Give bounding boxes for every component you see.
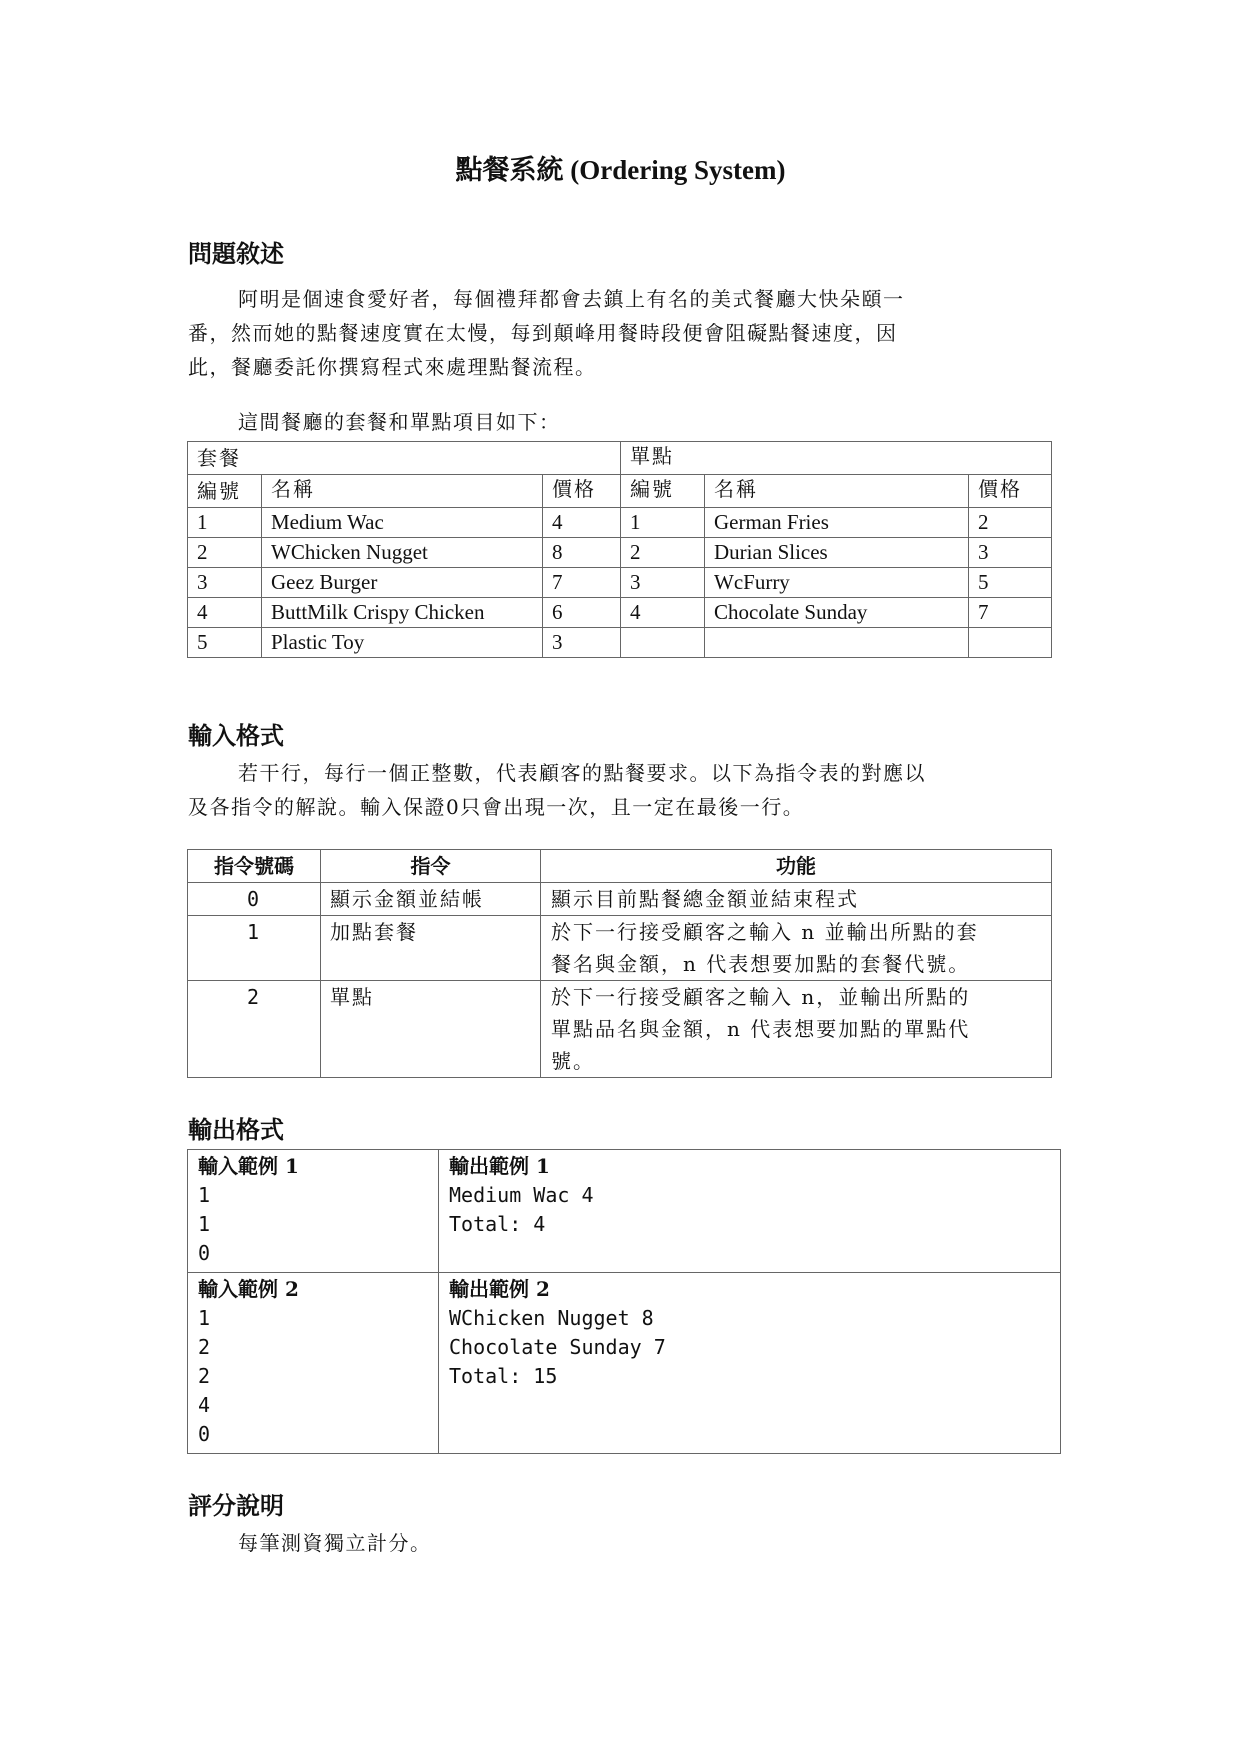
- sample-row: 輸入範例 1 1 1 0 輸出範例 1 Medium Wac 4 Total: …: [188, 1150, 1061, 1273]
- paragraph-line: 若干行，每行一個正整數，代表顧客的點餐要求。以下為指令表的對應以: [188, 756, 1048, 790]
- table-row: 1 加點套餐 於下一行接受顧客之輸入 n 並輸出所點的套 餐名與金額，n 代表想…: [188, 916, 1052, 981]
- column-header: 編號: [621, 475, 705, 508]
- table-row: 1 Medium Wac 4 1 German Fries 2: [188, 508, 1052, 538]
- command-name: 單點: [321, 981, 541, 1078]
- menu-intro: 這間餐廳的套餐和單點項目如下：: [188, 405, 1048, 439]
- section-heading-input: 輸入格式: [188, 720, 284, 752]
- combo-id: 1: [188, 508, 262, 538]
- paragraph-line: 及各指令的解說。輸入保證0只會出現一次，且一定在最後一行。: [188, 790, 1048, 824]
- single-id: 2: [621, 538, 705, 568]
- input-paragraph: 若干行，每行一個正整數，代表顧客的點餐要求。以下為指令表的對應以 及各指令的解說…: [188, 756, 1048, 824]
- table-row: 2 單點 於下一行接受顧客之輸入 n，並輸出所點的 單點品名與金額，n 代表想要…: [188, 981, 1052, 1078]
- menu-table: 套餐 單點 編號 名稱 價格 編號 名稱 價格 1 Medium Wac 4 1…: [187, 441, 1052, 658]
- command-header-row: 指令號碼 指令 功能: [188, 850, 1052, 883]
- sample-input: 輸入範例 2 1 2 2 4 0: [188, 1273, 439, 1454]
- section-heading-scoring: 評分說明: [188, 1490, 284, 1522]
- command-function: 顯示目前點餐總金額並結束程式: [541, 883, 1052, 916]
- sample-row: 輸入範例 2 1 2 2 4 0 輸出範例 2 WChicken Nugget …: [188, 1273, 1061, 1454]
- table-row: 2 WChicken Nugget 8 2 Durian Slices 3: [188, 538, 1052, 568]
- paragraph-line: 阿明是個速食愛好者，每個禮拜都會去鎮上有名的美式餐廳大快朵頤一: [188, 282, 1048, 316]
- column-header: 指令: [321, 850, 541, 883]
- combo-name: Plastic Toy: [262, 628, 543, 658]
- column-header: 指令號碼: [188, 850, 321, 883]
- section-heading-description: 問題敘述: [188, 238, 284, 270]
- single-price: 3: [969, 538, 1052, 568]
- single-name: [705, 628, 969, 658]
- single-price: 5: [969, 568, 1052, 598]
- combo-id: 2: [188, 538, 262, 568]
- single-id: [621, 628, 705, 658]
- paragraph-line: 番，然而她的點餐速度實在太慢，每到顛峰用餐時段便會阻礙點餐速度，因: [188, 316, 1048, 350]
- column-header: 價格: [969, 475, 1052, 508]
- single-price: 7: [969, 598, 1052, 628]
- single-id: 3: [621, 568, 705, 598]
- scoring-text: 每筆測資獨立計分。: [188, 1526, 1048, 1560]
- sample-output: 輸出範例 2 WChicken Nugget 8 Chocolate Sunda…: [439, 1273, 1061, 1454]
- single-price: [969, 628, 1052, 658]
- single-name: German Fries: [705, 508, 969, 538]
- column-header: 編號: [188, 475, 262, 508]
- combo-name: Geez Burger: [262, 568, 543, 598]
- menu-group-header-row: 套餐 單點: [188, 442, 1052, 475]
- command-code: 1: [188, 916, 321, 981]
- table-row: 3 Geez Burger 7 3 WcFurry 5: [188, 568, 1052, 598]
- combo-price: 8: [543, 538, 621, 568]
- single-id: 1: [621, 508, 705, 538]
- combo-id: 4: [188, 598, 262, 628]
- column-header: 價格: [543, 475, 621, 508]
- combo-price: 6: [543, 598, 621, 628]
- combo-name: Medium Wac: [262, 508, 543, 538]
- command-name: 加點套餐: [321, 916, 541, 981]
- command-name: 顯示金額並結帳: [321, 883, 541, 916]
- combo-id: 3: [188, 568, 262, 598]
- single-name: WcFurry: [705, 568, 969, 598]
- column-header: 名稱: [705, 475, 969, 508]
- table-row: 5 Plastic Toy 3: [188, 628, 1052, 658]
- menu-column-header-row: 編號 名稱 價格 編號 名稱 價格: [188, 475, 1052, 508]
- sample-output: 輸出範例 1 Medium Wac 4 Total: 4: [439, 1150, 1061, 1273]
- group-header-singles: 單點: [621, 442, 1052, 475]
- single-name: Chocolate Sunday: [705, 598, 969, 628]
- description-paragraph: 阿明是個速食愛好者，每個禮拜都會去鎮上有名的美式餐廳大快朵頤一 番，然而她的點餐…: [188, 282, 1048, 384]
- command-code: 0: [188, 883, 321, 916]
- combo-price: 4: [543, 508, 621, 538]
- combo-name: WChicken Nugget: [262, 538, 543, 568]
- combo-id: 5: [188, 628, 262, 658]
- sample-input: 輸入範例 1 1 1 0: [188, 1150, 439, 1273]
- sample-table: 輸入範例 1 1 1 0 輸出範例 1 Medium Wac 4 Total: …: [187, 1149, 1061, 1454]
- section-heading-output: 輸出格式: [188, 1114, 284, 1146]
- single-price: 2: [969, 508, 1052, 538]
- combo-name: ButtMilk Crispy Chicken: [262, 598, 543, 628]
- group-header-combos: 套餐: [188, 442, 621, 475]
- command-function: 於下一行接受顧客之輸入 n，並輸出所點的 單點品名與金額，n 代表想要加點的單點…: [541, 981, 1052, 1078]
- command-code: 2: [188, 981, 321, 1078]
- page-title: 點餐系統 (Ordering System): [0, 152, 1241, 188]
- command-function: 於下一行接受顧客之輸入 n 並輸出所點的套 餐名與金額，n 代表想要加點的套餐代…: [541, 916, 1052, 981]
- column-header: 功能: [541, 850, 1052, 883]
- table-row: 0 顯示金額並結帳 顯示目前點餐總金額並結束程式: [188, 883, 1052, 916]
- column-header: 名稱: [262, 475, 543, 508]
- table-row: 4 ButtMilk Crispy Chicken 6 4 Chocolate …: [188, 598, 1052, 628]
- command-table: 指令號碼 指令 功能 0 顯示金額並結帳 顯示目前點餐總金額並結束程式 1 加點…: [187, 849, 1052, 1078]
- single-name: Durian Slices: [705, 538, 969, 568]
- combo-price: 3: [543, 628, 621, 658]
- paragraph-line: 此，餐廳委託你撰寫程式來處理點餐流程。: [188, 350, 1048, 384]
- single-id: 4: [621, 598, 705, 628]
- combo-price: 7: [543, 568, 621, 598]
